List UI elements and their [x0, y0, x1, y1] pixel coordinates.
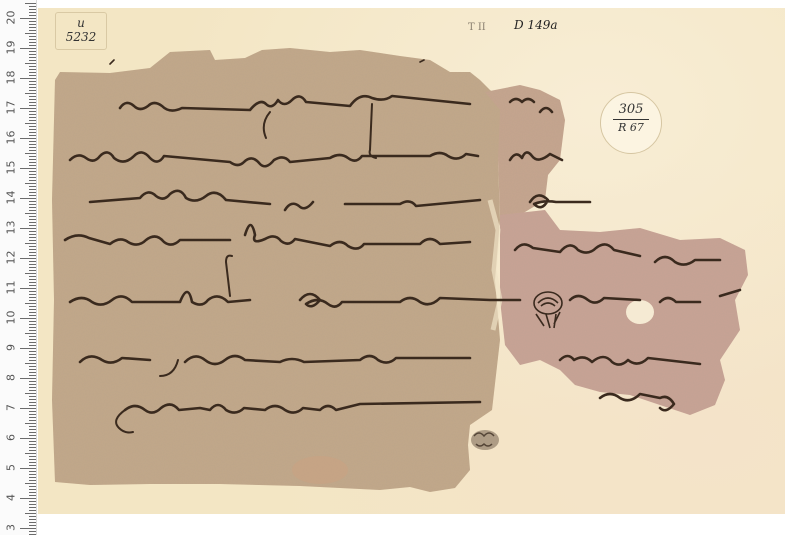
papyrus-fragment	[0, 0, 800, 535]
stamp-code: R 67	[601, 122, 661, 134]
seal-mark	[471, 430, 499, 450]
stamp-divider	[613, 119, 649, 120]
collection-stamp: 305 R 67	[600, 92, 662, 154]
papyrus-right-fragment	[500, 210, 748, 415]
papyrus-left-fragment	[52, 48, 505, 492]
stamp-number: 305	[601, 103, 661, 117]
papyrus-hole	[626, 300, 654, 324]
